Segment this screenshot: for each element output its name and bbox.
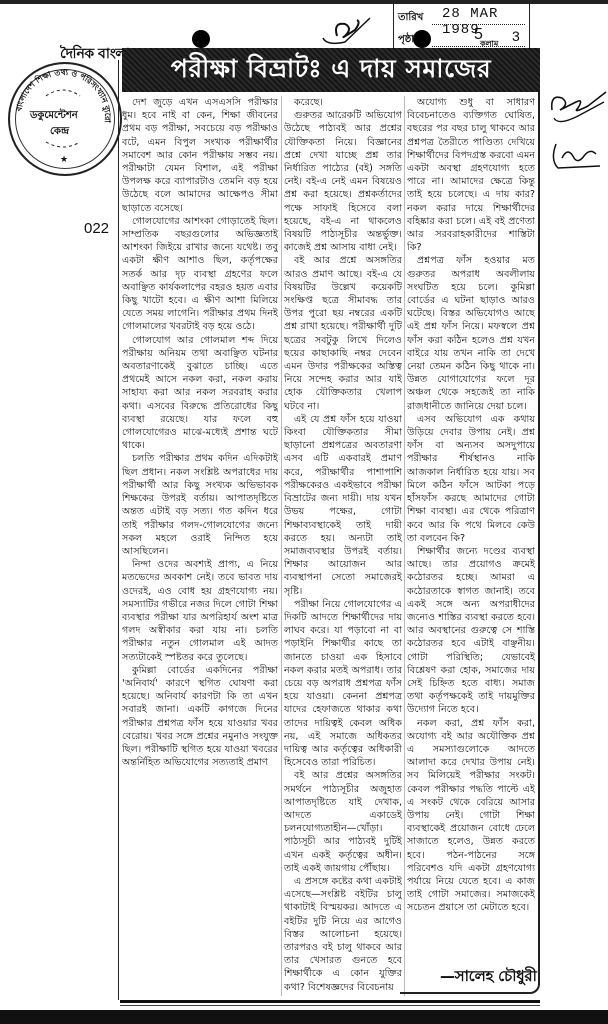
paragraph: করেছে।	[284, 96, 402, 109]
stamp-center-line1: ডকুমেন্টেশন	[30, 108, 78, 125]
headline-banner: পরীক্ষা বিভ্রাটঃ এ দায় সমাজের	[122, 48, 540, 92]
paragraph: চলতি পরীক্ষার প্রথম কদিন এদিকটাই ছিল প্র…	[122, 452, 278, 558]
paragraph: অযোগ্য শুধু বা সাধারণ বিবেচনাতেও ব্যক্তি…	[407, 96, 535, 254]
paragraph: গোলযোগ আর গোলমাল শব্দ দিয়ে পরীক্ষায় অন…	[122, 334, 278, 453]
date-label: তারিখ	[398, 10, 423, 27]
paragraph: এই যে প্রশ্ন ফাঁস হয়ে যাওয়া কিংবা যৌক্…	[284, 413, 402, 598]
headline: পরীক্ষা বিভ্রাটঃ এ দায় সমাজের	[171, 49, 491, 92]
column-divider	[404, 96, 405, 996]
paragraph: নিন্দা ওদের অবশ্যই প্রাপ্য, এ নিয়ে মতভে…	[122, 558, 278, 664]
paragraph: দেশ জুড়ে এখন এসএসসি পরীক্ষার ধুম। হবে ন…	[122, 96, 278, 215]
paragraph: এসব অভিযোগ এক কথায় উড়িয়ে দেবার উপায় …	[407, 413, 535, 545]
column-divider	[281, 96, 282, 996]
paragraph: কুমিল্লা বোর্ডের একদিনের পরীক্ষা 'অনিবার…	[122, 664, 278, 770]
page-label: পৃষ্ঠা	[398, 32, 414, 49]
article-column-3: অযোগ্য শুধু বা সাধারণ বিবেচনাতেও ব্যক্তি…	[407, 96, 535, 976]
svg-text:★: ★	[60, 155, 68, 165]
scan-bottom-edge	[0, 1010, 608, 1024]
paragraph: গোলযোগের আশংকা গোড়াতেই ছিল। সাম্প্রতিক …	[122, 215, 278, 334]
author-byline: —সালেহ চৌধুরী	[440, 965, 537, 990]
stamp-center-line2: কেন্দ্র	[50, 124, 69, 141]
paragraph: পরীক্ষা নিয়ে গোলযোগের এ দিকটি আদতে শিক্…	[284, 598, 402, 770]
article-column-1: দেশ জুড়ে এখন এসএসসি পরীক্ষার ধুম। হবে ন…	[122, 96, 278, 1001]
clipping-left-border	[118, 60, 119, 1000]
paragraph: নকল করা, প্রশ্ন ফাঁস করা, অযোগ্য বই আর অ…	[407, 717, 535, 915]
date-stamp-box: তারিখ 28 MAR 1989 পৃষ্ঠা 5 কলাম 3	[393, 4, 530, 51]
paragraph: প্রশ্নপত্র ফাঁস হওয়ার মত গুরুতর অপরাধ অ…	[407, 254, 535, 412]
bottom-rule	[120, 1000, 540, 1003]
clipping-right-border	[538, 60, 540, 985]
bottom-rule-thin	[120, 1005, 540, 1006]
paragraph: শিক্ষার্থীর জন্যে দণ্ডের ব্যবস্থা আছে। ত…	[407, 545, 535, 717]
column-value: 3	[512, 28, 520, 44]
punch-hole-left	[192, 30, 210, 48]
article-column-2: করেছে। গুরুতর আরেকটি অভিযোগ উঠেছে পাঠ্যব…	[284, 96, 402, 1001]
paragraph: এ প্রসঙ্গে কষ্টের কথা একটাই এসেছে—সংশ্লি…	[284, 875, 402, 994]
handwritten-initial-top	[315, 8, 375, 48]
documentation-center-stamp: বাংলাদেশ শিক্ষা তথ্য ও পরিসংখ্যান ব্যুরো…	[8, 62, 122, 176]
handwritten-initial-right-1	[548, 88, 608, 128]
margin-index-number: 022	[84, 220, 109, 237]
handwritten-initial-right-2	[548, 140, 608, 176]
paragraph: বই আর প্রশ্নে অসঙ্গতির আরও প্রমাণ আছে। ব…	[284, 254, 402, 412]
paragraph: গুরুতর আরেকটি অভিযোগ উঠেছে পাঠ্যবই আর প্…	[284, 109, 402, 254]
paragraph: বই আর প্রশ্নের অসঙ্গতির সমর্থনে পাঠ্যসূচ…	[284, 769, 402, 875]
